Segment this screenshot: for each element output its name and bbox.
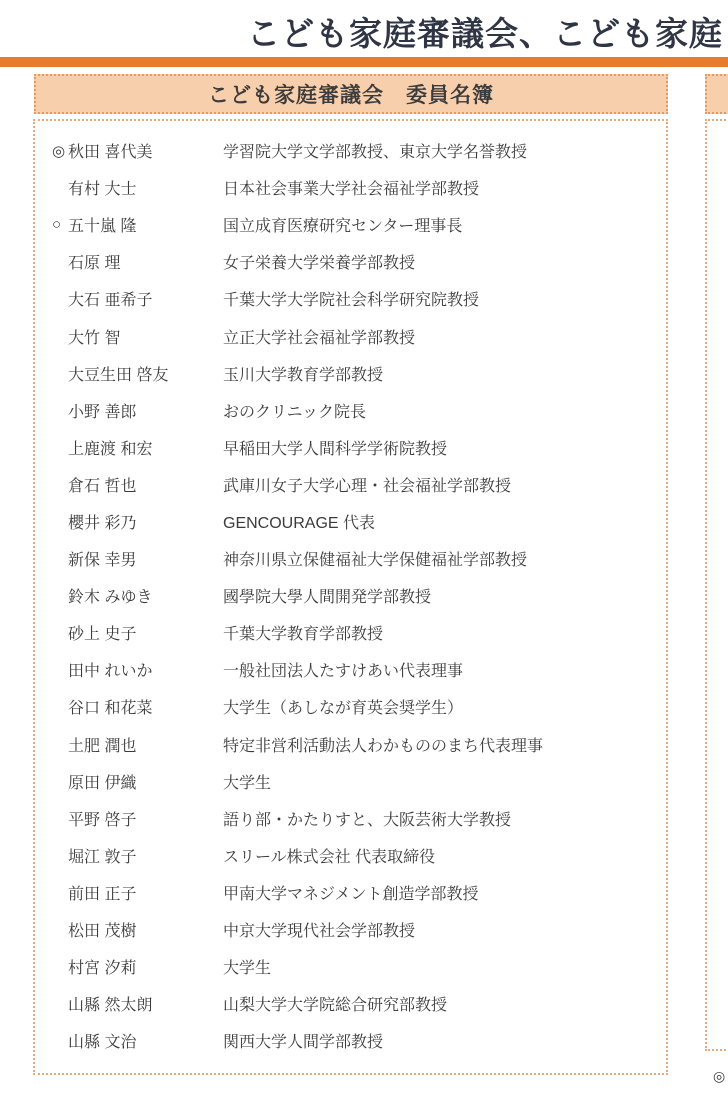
member-name: 鈴木 みゆき bbox=[68, 584, 223, 607]
member-name: 倉石 哲也 bbox=[68, 473, 223, 496]
member-name: 山縣 文治 bbox=[68, 1029, 223, 1052]
member-name: 山縣 然太朗 bbox=[68, 992, 223, 1015]
member-name: 砂上 史子 bbox=[68, 621, 223, 644]
member-name: 大豆生田 啓友 bbox=[68, 362, 223, 385]
footnote-legend-partial: ◎ bbox=[713, 1068, 725, 1085]
member-affiliation: 立正大学社会福祉学部教授 bbox=[223, 325, 415, 348]
member-name: 櫻井 彩乃 bbox=[68, 510, 223, 533]
member-row: 原田 伊織大学生 bbox=[35, 763, 666, 800]
member-row: 前田 正子甲南大学マネジメント創造学部教授 bbox=[35, 874, 666, 911]
member-affiliation: 武庫川女子大学心理・社会福祉学部教授 bbox=[223, 473, 511, 496]
member-name: 上鹿渡 和宏 bbox=[68, 436, 223, 459]
member-affiliation: 大学生 bbox=[223, 770, 271, 793]
page-title: こども家庭審議会、こども家庭 bbox=[247, 8, 723, 55]
member-row: 谷口 和花菜大学生（あしなが育英会奨学生） bbox=[35, 688, 666, 725]
member-affiliation: 千葉大学大学院社会科学研究院教授 bbox=[223, 287, 479, 310]
member-row: 大石 亜希子千葉大学大学院社会科学研究院教授 bbox=[35, 280, 666, 317]
member-row: 平野 啓子語り部・かたりすと、大阪芸術大学教授 bbox=[35, 800, 666, 837]
member-name: 石原 理 bbox=[68, 250, 223, 273]
member-row: 大竹 智立正大学社会福祉学部教授 bbox=[35, 317, 666, 354]
member-row: 倉石 哲也武庫川女子大学心理・社会福祉学部教授 bbox=[35, 466, 666, 503]
member-row: 田中 れいか一般社団法人たすけあい代表理事 bbox=[35, 651, 666, 688]
member-list: ◎秋田 喜代美学習院大学文学部教授、東京大学名誉教授有村 大士日本社会事業大学社… bbox=[33, 119, 668, 1075]
member-name: 大竹 智 bbox=[68, 325, 223, 348]
member-row: 山縣 文治関西大学人間学部教授 bbox=[35, 1022, 666, 1059]
member-row: 新保 幸男神奈川県立保健福祉大学保健福祉学部教授 bbox=[35, 540, 666, 577]
member-name: 五十嵐 隆 bbox=[68, 213, 223, 236]
member-affiliation: GENCOURAGE 代表 bbox=[223, 510, 375, 533]
member-affiliation: 大学生 bbox=[223, 955, 271, 978]
member-affiliation: 神奈川県立保健福祉大学保健福祉学部教授 bbox=[223, 547, 527, 570]
member-name: 有村 大士 bbox=[68, 176, 223, 199]
member-name: 田中 れいか bbox=[68, 658, 223, 681]
member-affiliation: おのクリニック院長 bbox=[223, 399, 366, 422]
member-row: 小野 善郎おのクリニック院長 bbox=[35, 392, 666, 429]
member-affiliation: 一般社団法人たすけあい代表理事 bbox=[223, 658, 463, 681]
member-row: ○五十嵐 隆国立成育医療研究センター理事長 bbox=[35, 206, 666, 243]
member-row: 砂上 史子千葉大学教育学部教授 bbox=[35, 614, 666, 651]
member-row: 鈴木 みゆき國學院大學人間開発学部教授 bbox=[35, 577, 666, 614]
adjacent-panel-body-edge bbox=[705, 119, 728, 1051]
council-roster-header: こども家庭審議会 委員名簿 bbox=[34, 74, 668, 114]
member-name: 谷口 和花菜 bbox=[68, 695, 223, 718]
member-affiliation: 女子栄養大学栄養学部教授 bbox=[223, 250, 415, 273]
member-row: 土肥 潤也特定非営利活動法人わかもののまち代表理事 bbox=[35, 726, 666, 763]
member-row: 村宮 汐莉大学生 bbox=[35, 948, 666, 985]
member-name: 前田 正子 bbox=[68, 881, 223, 904]
member-name: 平野 啓子 bbox=[68, 807, 223, 830]
member-name: 秋田 喜代美 bbox=[68, 139, 223, 162]
member-name: 村宮 汐莉 bbox=[68, 955, 223, 978]
adjacent-panel-header-edge bbox=[705, 74, 728, 114]
member-affiliation: 大学生（あしなが育英会奨学生） bbox=[223, 695, 463, 718]
member-affiliation: 語り部・かたりすと、大阪芸術大学教授 bbox=[223, 807, 511, 830]
member-name: 新保 幸男 bbox=[68, 547, 223, 570]
member-affiliation: 日本社会事業大学社会福祉学部教授 bbox=[223, 176, 479, 199]
member-affiliation: 早稲田大学人間科学学術院教授 bbox=[223, 436, 447, 459]
accent-bar-divider bbox=[0, 57, 728, 67]
member-name: 堀江 敦子 bbox=[68, 844, 223, 867]
chair-marker: ◎ bbox=[52, 142, 68, 160]
member-row: 堀江 敦子スリール株式会社 代表取締役 bbox=[35, 837, 666, 874]
member-affiliation: スリール株式会社 代表取締役 bbox=[223, 844, 435, 867]
member-name: 土肥 潤也 bbox=[68, 733, 223, 756]
member-affiliation: 玉川大学教育学部教授 bbox=[223, 362, 383, 385]
member-affiliation: 学習院大学文学部教授、東京大学名誉教授 bbox=[223, 139, 527, 162]
member-name: 原田 伊織 bbox=[68, 770, 223, 793]
member-row: 山縣 然太朗山梨大学大学院総合研究部教授 bbox=[35, 985, 666, 1022]
member-row: 石原 理女子栄養大学栄養学部教授 bbox=[35, 243, 666, 280]
council-roster-header-label: こども家庭審議会 委員名簿 bbox=[208, 79, 494, 109]
member-row: 大豆生田 啓友玉川大学教育学部教授 bbox=[35, 355, 666, 392]
chair-marker: ○ bbox=[52, 216, 68, 233]
member-affiliation: 山梨大学大学院総合研究部教授 bbox=[223, 992, 447, 1015]
member-row: ◎秋田 喜代美学習院大学文学部教授、東京大学名誉教授 bbox=[35, 132, 666, 169]
member-affiliation: 特定非営利活動法人わかもののまち代表理事 bbox=[223, 733, 543, 756]
member-affiliation: 中京大学現代社会学部教授 bbox=[223, 918, 415, 941]
member-affiliation: 國學院大學人間開発学部教授 bbox=[223, 584, 431, 607]
member-name: 小野 善郎 bbox=[68, 399, 223, 422]
member-row: 櫻井 彩乃GENCOURAGE 代表 bbox=[35, 503, 666, 540]
member-name: 大石 亜希子 bbox=[68, 287, 223, 310]
member-affiliation: 千葉大学教育学部教授 bbox=[223, 621, 383, 644]
member-row: 上鹿渡 和宏早稲田大学人間科学学術院教授 bbox=[35, 429, 666, 466]
member-affiliation: 関西大学人間学部教授 bbox=[223, 1029, 383, 1052]
member-affiliation: 甲南大学マネジメント創造学部教授 bbox=[223, 881, 479, 904]
member-name: 松田 茂樹 bbox=[68, 918, 223, 941]
member-row: 松田 茂樹中京大学現代社会学部教授 bbox=[35, 911, 666, 948]
member-row: 有村 大士日本社会事業大学社会福祉学部教授 bbox=[35, 169, 666, 206]
member-affiliation: 国立成育医療研究センター理事長 bbox=[223, 213, 462, 236]
